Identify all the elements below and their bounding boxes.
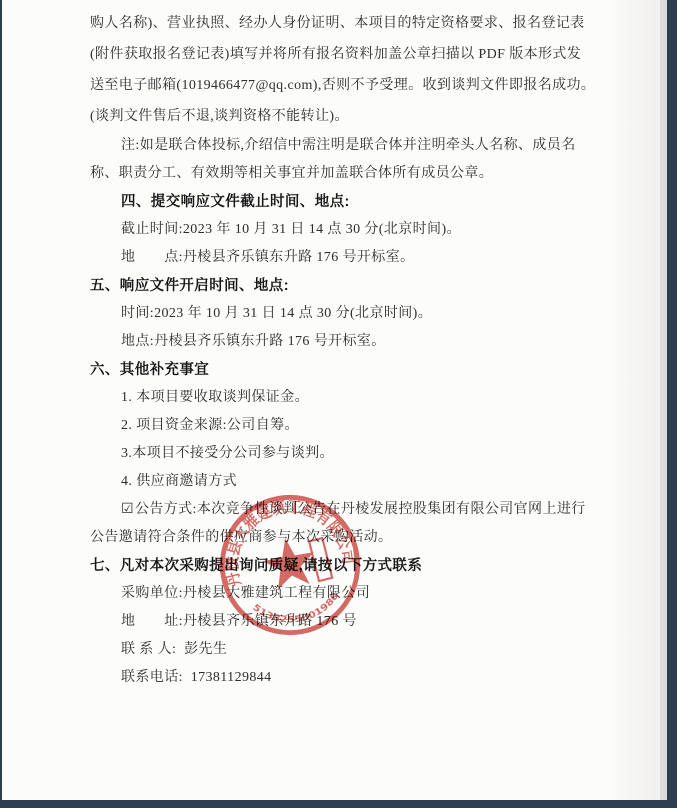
contact-person-line: 联 系 人: 彭先生 <box>2 636 660 664</box>
document-page: 购人名称)、营业执照、经办人身份证明、本项目的特定资格要求、报名登记表 (附件获… <box>2 0 660 800</box>
purchaser-line: 采购单位:丹棱县大雅建筑工程有限公司 <box>2 580 660 608</box>
section-heading-7: 七、凡对本次采购提出询问质疑,请按以下方式联系 <box>2 552 660 580</box>
doc-line: (谈判文件售后不退,谈判资格不能转让)。 <box>2 101 660 132</box>
contact-phone-line: 联系电话: 17381129844 <box>2 664 660 692</box>
deadline-place-line: 地 点:丹棱县齐乐镇东升路 176 号开标室。 <box>2 244 660 272</box>
deadline-time-line: 截止时间:2023 年 10 月 31 日 14 点 30 分(北京时间)。 <box>2 216 660 244</box>
doc-note-line: 注:如是联合体投标,介绍信中需注明是联合体并注明牵头人名称、成员名 <box>2 132 660 160</box>
doc-line: 送至电子邮箱(1019466477@qq.com),否则不予受理。收到谈判文件即… <box>2 70 660 101</box>
section-heading-5: 五、响应文件开启时间、地点: <box>2 272 660 300</box>
opening-place-line: 地点:丹棱县齐乐镇东升路 176 号开标室。 <box>2 328 660 356</box>
address-line: 地 址:丹棱县齐乐镇东升路 176 号 <box>2 608 660 636</box>
list-item: 4. 供应商邀请方式 <box>2 468 660 496</box>
document-body: 购人名称)、营业执照、经办人身份证明、本项目的特定资格要求、报名登记表 (附件获… <box>2 8 660 692</box>
doc-line: 公告方式:本次竞争性谈判公告在丹棱发展控股集团有限公司官网上进行 <box>135 502 586 517</box>
list-item: 2. 项目资金来源:公司自筹。 <box>2 412 660 440</box>
scan-backdrop: { "colors": { "seal_red": "#cd4a42", "bo… <box>0 0 677 808</box>
section-heading-4: 四、提交响应文件截止时间、地点: <box>2 188 660 216</box>
opening-time-line: 时间:2023 年 10 月 31 日 14 点 30 分(北京时间)。 <box>2 300 660 328</box>
doc-line: (附件获取报名登记表)填写并将所有报名资料加盖公章扫描以 PDF 版本形式发 <box>2 39 660 70</box>
page-edge-strip <box>660 0 667 800</box>
list-item: 3.本项目不接受分公司参与谈判。 <box>2 440 660 468</box>
checkbox-checked-icon: ☑ <box>121 502 134 517</box>
announcement-method-line: ☑公告方式:本次竞争性谈判公告在丹棱发展控股集团有限公司官网上进行 <box>2 496 660 524</box>
doc-line: 公告邀请符合条件的供应商参与本次采购活动。 <box>2 524 660 552</box>
list-item: 1. 本项目要收取谈判保证金。 <box>2 384 660 412</box>
section-heading-6: 六、其他补充事宜 <box>2 356 660 384</box>
doc-line: 购人名称)、营业执照、经办人身份证明、本项目的特定资格要求、报名登记表 <box>2 8 660 39</box>
doc-line: 称、职责分工、有效期等相关事宜并加盖联合体所有成员公章。 <box>2 160 660 188</box>
